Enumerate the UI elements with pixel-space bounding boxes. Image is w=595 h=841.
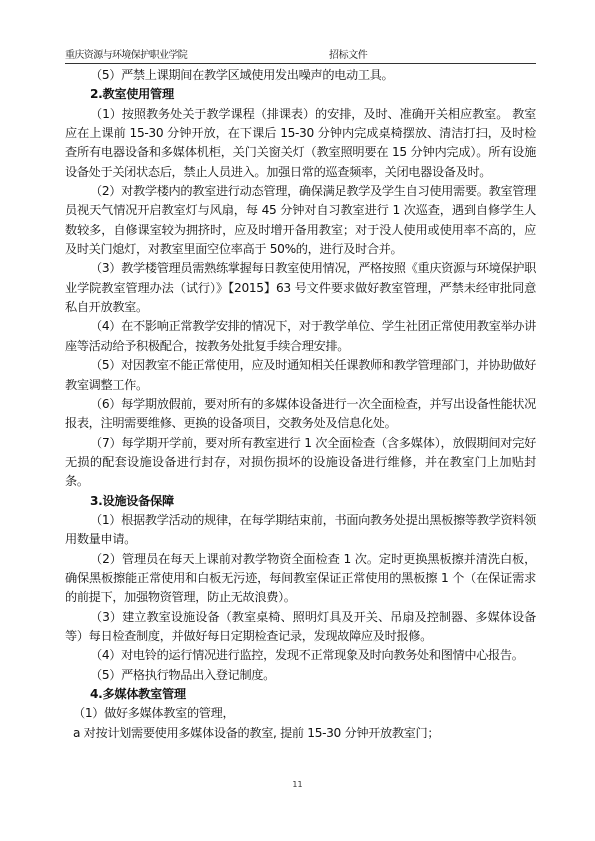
paragraph: （6）每学期放假前，要对所有的多媒体设备进行一次全面检查，并写出设备性能状况报表… <box>65 395 536 434</box>
paragraph: （4）在不影响正常教学安排的情况下，对于教学单位、学生社团正常使用教室举办讲座等… <box>65 317 536 356</box>
paragraph: （5）对因教室不能正常使用，应及时通知相关任课教师和教学管理部门，并协助做好教室… <box>65 356 536 395</box>
paragraph: （1）根据教学活动的规律，在每学期结束前，书面向教务处提出黑板擦等教学资料领用数… <box>65 511 536 550</box>
section-heading: 2.教室使用管理 <box>65 85 536 104</box>
header-document-type: 招标文件 <box>329 49 367 62</box>
page-header: 重庆资源与环境保护职业学院 招标文件 <box>65 49 536 64</box>
page-number: 11 <box>0 780 595 789</box>
paragraph: （7）每学期开学前，要对所有教室进行 1 次全面检查（含多媒体），放假期间对完好… <box>65 434 536 492</box>
paragraph: （2）对教学楼内的教室进行动态管理，确保满足教学及学生自习使用需要。教室管理员视… <box>65 182 536 259</box>
paragraph: （3）教学楼管理员需熟练掌握每日教室使用情况，严格按照《重庆资源与环境保护职业学… <box>65 259 536 317</box>
header-institution-name: 重庆资源与环境保护职业学院 <box>65 49 187 62</box>
section-heading: 3.设施设备保障 <box>65 492 536 511</box>
paragraph: （4）对电铃的运行情况进行监控，发现不正常现象及时向教务处和图情中心报告。 <box>65 646 536 665</box>
paragraph: a 对按计划需要使用多媒体设备的教室, 提前 15-30 分钟开放教室门； <box>65 724 536 743</box>
paragraph: （1）做好多媒体教室的管理， <box>65 704 536 723</box>
paragraph: （2）管理员在每天上课前对教学物资全面检查 1 次。定时更换黑板擦并清洗白板，确… <box>65 550 536 608</box>
paragraph: （3）建立教室设施设备（教室桌椅、照明灯具及开关、吊扇及控制器、多媒体设备等）每… <box>65 608 536 647</box>
document-body: （5）严禁上课期间在教学区域使用发出噪声的电动工具。 2.教室使用管理 （1）按… <box>65 66 536 743</box>
paragraph: （5）严格执行物品出入登记制度。 <box>65 666 536 685</box>
paragraph: （5）严禁上课期间在教学区域使用发出噪声的电动工具。 <box>65 66 536 85</box>
paragraph: （1）按照教务处关于教学课程（排课表）的安排，及时、准确开关相应教室。 教室应在… <box>65 105 536 182</box>
section-heading: 4.多媒体教室管理 <box>65 685 536 704</box>
